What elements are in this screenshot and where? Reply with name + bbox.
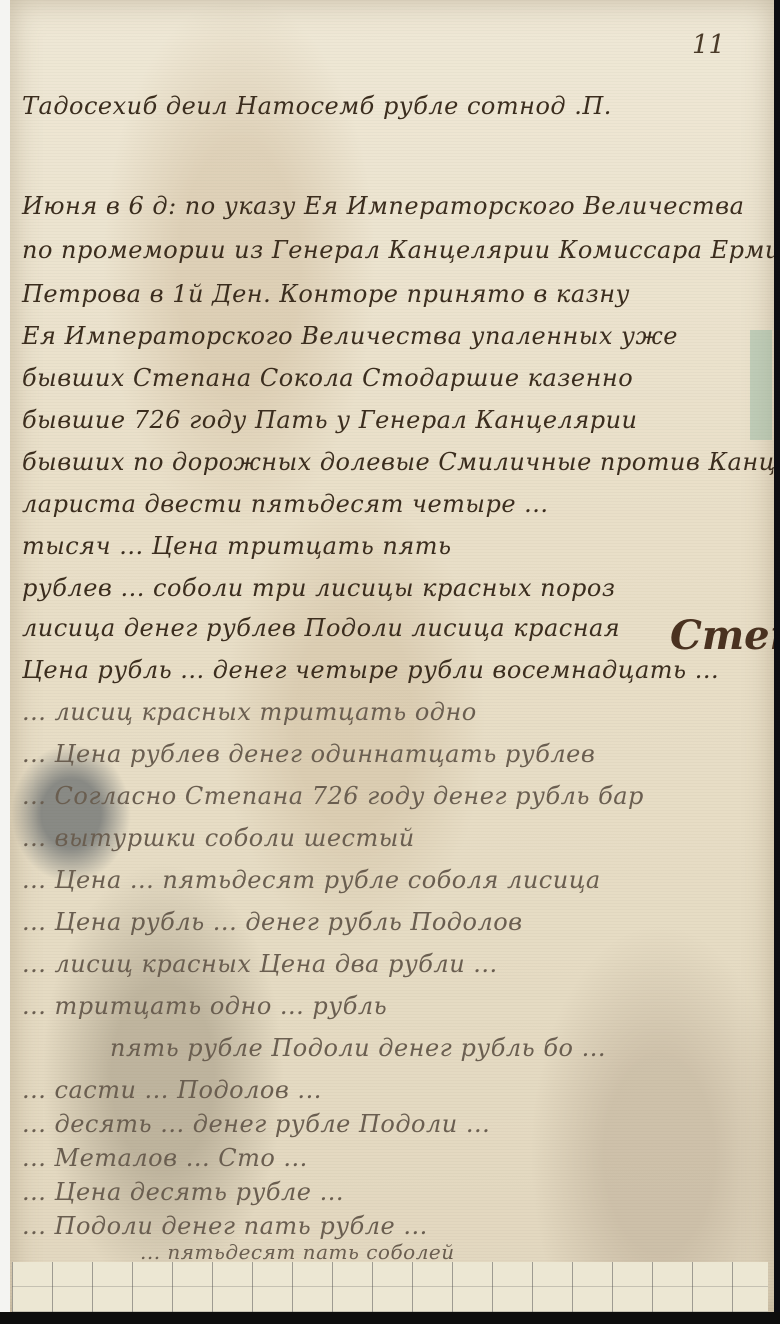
text-line: бывших Степана Сокола Стодаршие казенно (22, 364, 633, 392)
text-line: ... Металов ... Сто ... (22, 1144, 308, 1172)
text-line: ... Цена рублев денег одиннатцать рублев (22, 740, 595, 768)
text-line: лариста двести пятьдесят четыре ... (22, 490, 549, 518)
text-line: пять рубле Подоли денег рубль бо ... (110, 1034, 606, 1062)
text-line: ... Подоли денег пать рубле ... (22, 1212, 428, 1240)
scan-edge-bottom (0, 1312, 780, 1324)
text-line: тысяч ... Цена тритцать пять (22, 532, 452, 560)
text-line: по промемории из Генерал Канцелярии Коми… (22, 236, 780, 264)
text-line: Ея Императорского Величества упаленных у… (22, 322, 678, 350)
text-line: ... десять ... денег рубле Подоли ... (22, 1110, 490, 1138)
ruler-grid (12, 1262, 768, 1312)
signature: Степан (670, 612, 780, 659)
text-line: Цена рубль ... денег четыре рубли восемн… (22, 656, 719, 684)
text-line: ... Цена десять рубле ... (22, 1178, 344, 1206)
text-line: ... Цена рубль ... денег рубль Подолов (22, 908, 523, 936)
text-line: лисица денег рублев Подоли лисица красна… (22, 614, 620, 642)
text-line: ... лисиц красных Цена два рубли ... (22, 950, 498, 978)
text-line: Июня в 6 д: по указу Ея Императорского В… (22, 192, 744, 220)
text-line: ... пятьдесят пать соболей (140, 1240, 455, 1264)
text-line: ... Согласно Степана 726 году денег рубл… (22, 782, 644, 810)
text-line: ... лисиц красных тритцать одно (22, 698, 477, 726)
scan-edge-right (774, 0, 780, 1324)
text-line: бывшие 726 году Пать у Генерал Канцеляри… (22, 406, 637, 434)
text-line: ... вытуршки соболи шестый (22, 824, 415, 852)
folio-number: 11 (692, 30, 725, 60)
text-line: рублев ... соболи три лисицы красных пор… (22, 574, 615, 602)
heading-line: Тадосехиб деил Натосемб рубле сотнод .П. (22, 92, 612, 120)
paper-stain (750, 330, 772, 440)
text-line: бывших по дорожных долевые Смиличные про… (22, 448, 780, 476)
text-line: ... Цена ... пятьдесят рубле соболя лиси… (22, 866, 601, 894)
text-line: ... тритцать одно ... рубль (22, 992, 387, 1020)
text-line: ... састи ... Подолов ... (22, 1076, 322, 1104)
text-line: Петрова в 1й Ден. Конторе принято в казн… (22, 280, 630, 308)
